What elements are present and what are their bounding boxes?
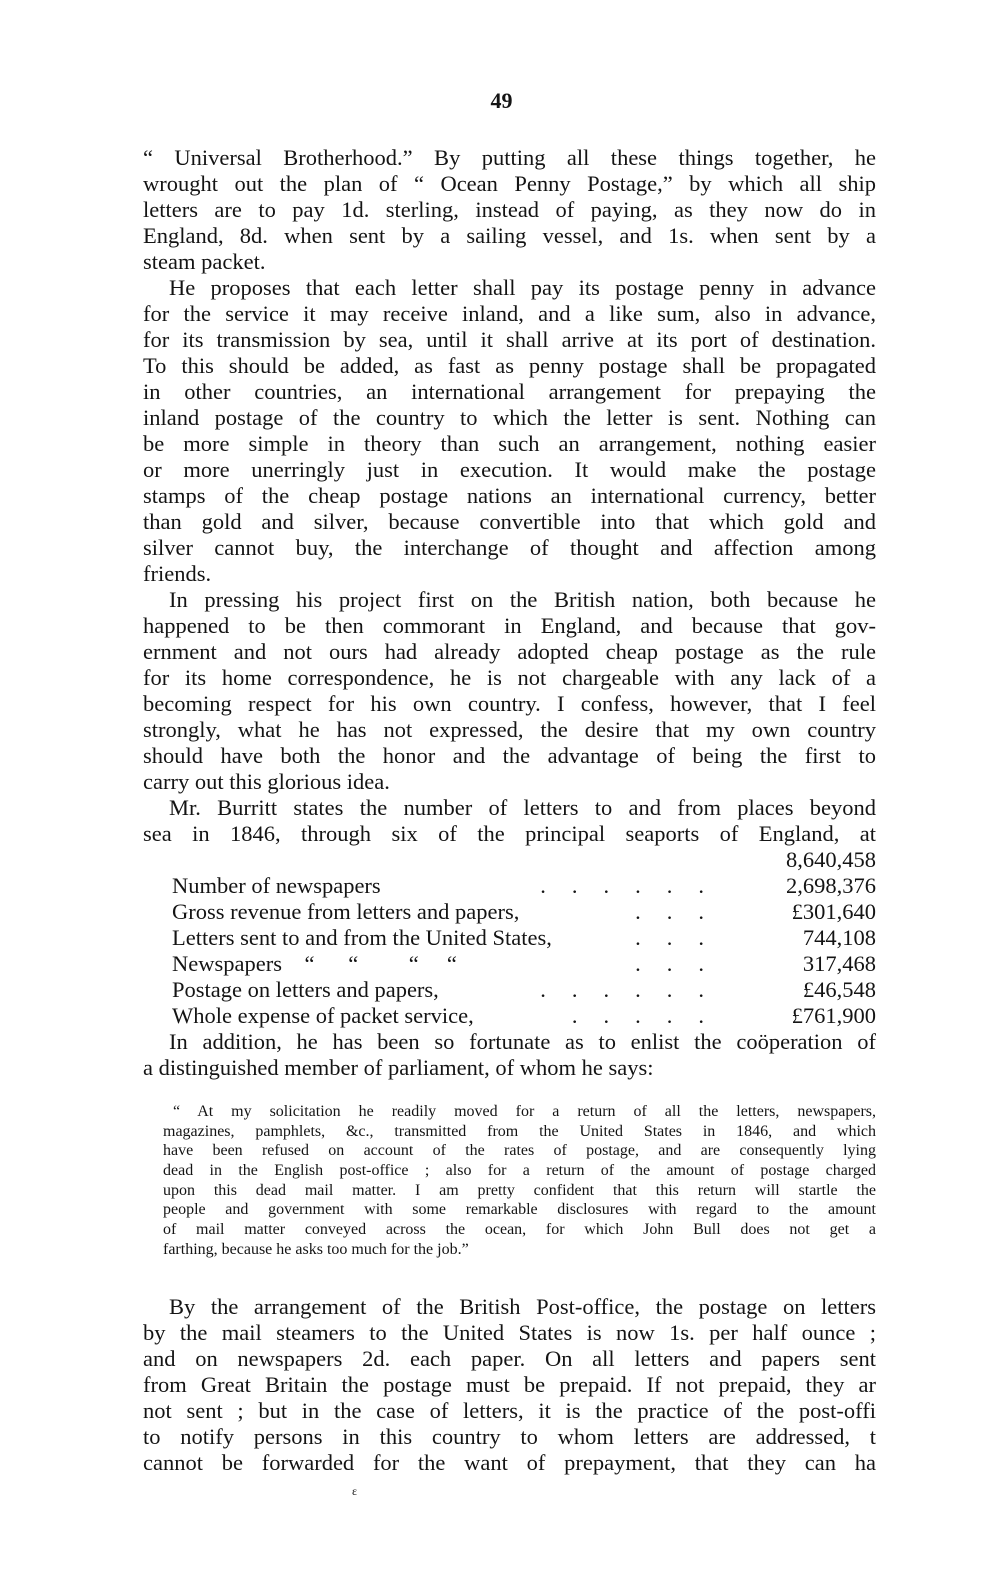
text-line: “ Universal Brotherhood.” By putting all… [143,145,876,171]
text-line: strongly, what he has not expressed, the… [143,717,876,743]
text-line: a distinguished member of parliament, of… [143,1055,876,1081]
text-line: for its transmission by sea, until it sh… [143,327,876,353]
quote-line: people and government with some remarkab… [163,1200,876,1220]
text-line: cannot be forwarded for the want of prep… [143,1450,876,1476]
text-line: by the mail steamers to the United State… [143,1320,876,1346]
text-line: England, 8d. when sent by a sailing vess… [143,223,876,249]
stat-label: Postage on letters and papers, [172,977,439,1003]
text-line: silver cannot buy, the interchange of th… [143,535,876,561]
page-number: 49 [0,88,1003,114]
stat-row: Number of newspapers ...... 2,698,376 [143,873,876,899]
text-line: ernment and not ours had already adopted… [143,639,876,665]
quote-line: magazines, pamphlets, &c., transmitted f… [163,1122,876,1142]
quote-line: have been refused on account of the rate… [163,1141,876,1161]
text-line: friends. [143,561,876,587]
paragraph-proposal: He proposes that each letter shall pay i… [143,275,876,587]
stat-value: 2,698,376 [736,873,876,899]
paragraph-post-office-arrangement: By the arrangement of the British Post-o… [143,1294,876,1476]
text-line: to notify persons in this country to who… [143,1424,876,1450]
text-line: sea in 1846, through six of the principa… [143,821,876,847]
text-line: steam packet. [143,249,876,275]
text-line: He proposes that each letter shall pay i… [143,275,876,301]
leader-dots: ..... [474,1003,736,1029]
text-line: In pressing his project first on the Bri… [143,587,876,613]
quote-line: upon this dead mail matter. I am pretty … [163,1181,876,1201]
quote-line: “ At my solicitation he readily moved fo… [163,1102,876,1122]
stat-value: 744,108 [736,925,876,951]
leader-dots: ...... [381,873,736,899]
stat-row: Postage on letters and papers, ...... £4… [143,977,876,1003]
text-line: becoming respect for his own country. I … [143,691,876,717]
text-line: Mr. Burritt states the number of letters… [143,795,876,821]
stat-label: Whole expense of packet service, [172,1003,474,1029]
text-line: for its home correspondence, he is not c… [143,665,876,691]
leader-dots: ...... [439,977,736,1003]
paragraph-burritt-statistics: Mr. Burritt states the number of letters… [143,795,876,1081]
text-line: should have both the honor and the advan… [143,743,876,769]
text-line: happened to be then commorant in England… [143,613,876,639]
stat-label: Letters sent to and from the United Stat… [172,925,552,951]
text-line: for the service it may receive inland, a… [143,301,876,327]
text-line: than gold and silver, because convertibl… [143,509,876,535]
leader-dots: ... [552,925,736,951]
text-line: not sent ; but in the case of letters, i… [143,1398,876,1424]
stat-value: 8,640,458 [736,847,876,873]
text-line: In addition, he has been so fortunate as… [143,1029,876,1055]
quote-line: farthing, because he asks too much for t… [163,1240,876,1260]
text-line: wrought out the plan of “ Ocean Penny Po… [143,171,876,197]
text-line: carry out this glorious idea. [143,769,876,795]
text-line: stamps of the cheap postage nations an i… [143,483,876,509]
text-line: be more simple in theory than such an ar… [143,431,876,457]
stat-label: Number of newspapers [172,873,381,899]
stat-label: Newspapers “ “ “ “ [172,951,457,977]
stat-value: 317,468 [736,951,876,977]
stat-label: Gross revenue from letters and papers, [172,899,519,925]
stat-value: £301,640 [736,899,876,925]
paragraph-british-nation: In pressing his project first on the Bri… [143,587,876,795]
stat-row: Whole expense of packet service, ..... £… [143,1003,876,1029]
paragraph-universal-brotherhood: “ Universal Brotherhood.” By putting all… [143,145,876,275]
leader-dots: ... [519,899,736,925]
text-line: or more unerringly just in execution. It… [143,457,876,483]
text-line: inland postage of the country to which t… [143,405,876,431]
stat-row: Letters sent to and from the United Stat… [143,925,876,951]
stat-row: Gross revenue from letters and papers, .… [143,899,876,925]
stat-value: £46,548 [736,977,876,1003]
stat-row-letters-total: 8,640,458 [143,847,876,873]
leader-dots: ... [457,951,736,977]
block-quote: “ At my solicitation he readily moved fo… [163,1102,876,1260]
text-line: letters are to pay 1d. sterling, instead… [143,197,876,223]
text-line: and on newspapers 2d. each paper. On all… [143,1346,876,1372]
quote-line: of mail matter conveyed across the ocean… [163,1220,876,1240]
stat-row: Newspapers “ “ “ “ ... 317,468 [143,951,876,977]
text-line: from Great Britain the postage must be p… [143,1372,876,1398]
quote-line: dead in the English post-office ; also f… [163,1161,876,1181]
text-line: To this should be added, as fast as penn… [143,353,876,379]
text-line: in other countries, an international arr… [143,379,876,405]
footer-mark: ε [352,1484,357,1499]
stat-value: £761,900 [736,1003,876,1029]
text-line: By the arrangement of the British Post-o… [143,1294,876,1320]
